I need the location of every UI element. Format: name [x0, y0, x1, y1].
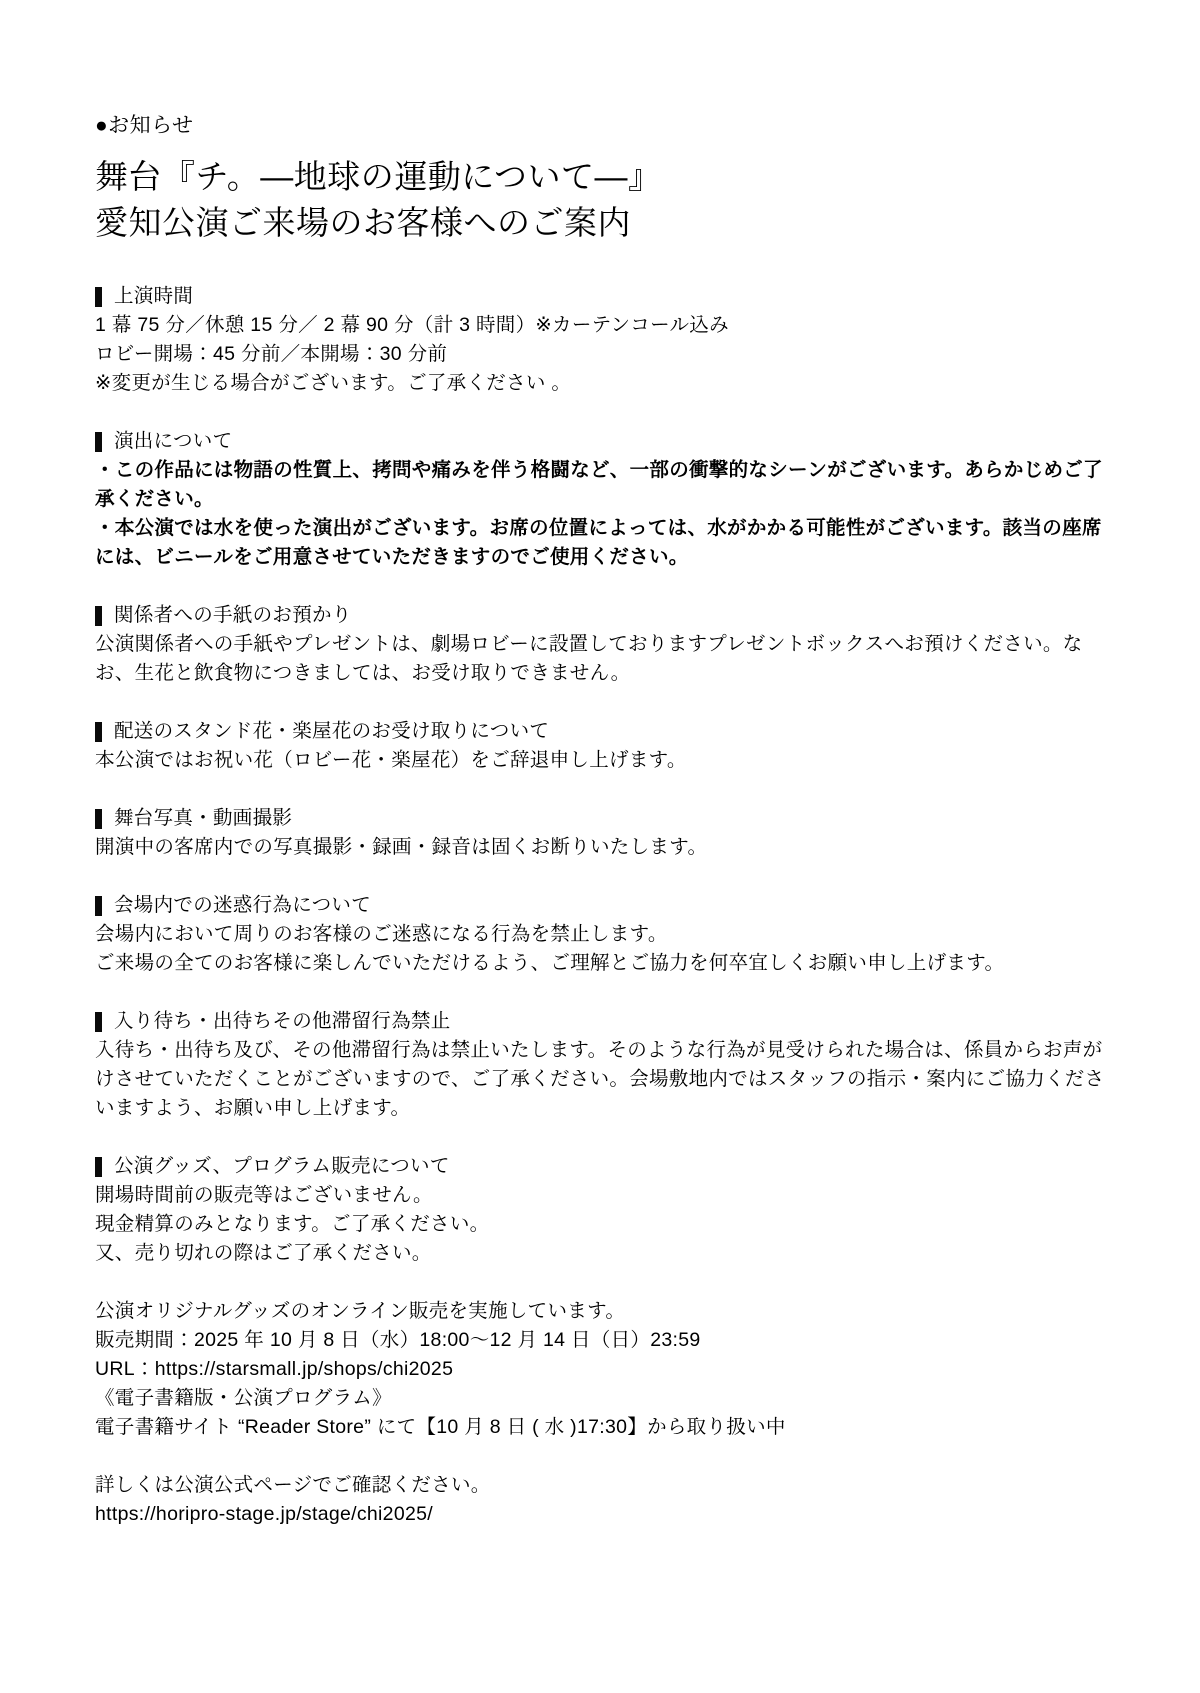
footer-official-page: 詳しくは公演公式ページでご確認ください。 https://horipro-sta…: [95, 1471, 1106, 1529]
section-header: 配送のスタンド花・楽屋花のお受け取りについて: [95, 717, 1106, 746]
page-title: 舞台『チ。―地球の運動について―』 愛知公演ご来場のお客様へのご案内: [95, 154, 1106, 246]
page-title-line-1: 舞台『チ。―地球の運動について―』: [95, 154, 1106, 200]
section-header: 入り待ち・出待ちその他滞留行為禁止: [95, 1007, 1106, 1036]
section-marker-icon: [95, 606, 102, 626]
sales-period-line: 販売期間：2025 年 10 月 8 日（水）18:00～12 月 14 日（日…: [95, 1326, 1106, 1355]
section-header: 会場内での迷惑行為について: [95, 891, 1106, 920]
section-header: 公演グッズ、プログラム販売について: [95, 1152, 1106, 1181]
section-goods-program-sales: 公演グッズ、プログラム販売について 開場時間前の販売等はございません。 現金精算…: [95, 1152, 1106, 1268]
section-letters-for-cast: 関係者への手紙のお預かり 公演関係者への手紙やプレゼントは、劇場ロビーに設置して…: [95, 601, 1106, 688]
section-staging-notes: 演出について ・この作品には物語の性質上、拷問や痛みを伴う格闘など、一部の衝撃的…: [95, 427, 1106, 572]
section-title: 舞台写真・動画撮影: [114, 804, 292, 833]
body-line: ・この作品には物語の性質上、拷問や痛みを伴う格闘など、一部の衝撃的なシーンがござ…: [95, 456, 1106, 514]
body-line: 電子書籍サイト “Reader Store” にて【10 月 8 日 ( 水 )…: [95, 1413, 1106, 1442]
body-line: ・本公演では水を使った演出がございます。お席の位置によっては、水がかかる可能性が…: [95, 514, 1106, 572]
body-line: 開演中の客席内での写真撮影・録画・録音は固くお断りいたします。: [95, 833, 1106, 862]
section-title: 入り待ち・出待ちその他滞留行為禁止: [114, 1007, 451, 1036]
body-line: 入待ち・出待ち及び、その他滞留行為は禁止いたします。そのような行為が見受けられた…: [95, 1036, 1106, 1123]
body-line: ご来場の全てのお客様に楽しんでいただけるよう、ご理解とご協力を何卒宜しくお願い申…: [95, 949, 1106, 978]
section-marker-icon: [95, 1012, 102, 1032]
section-title: 会場内での迷惑行為について: [114, 891, 371, 920]
section-flower-delivery: 配送のスタンド花・楽屋花のお受け取りについて 本公演ではお祝い花（ロビー花・楽屋…: [95, 717, 1106, 775]
body-line: 現金精算のみとなります。ご了承ください。: [95, 1210, 1106, 1239]
section-title: 演出について: [114, 427, 232, 456]
online-sales-info: 公演オリジナルグッズのオンライン販売を実施しています。 販売期間：2025 年 …: [95, 1297, 1106, 1442]
section-title: 関係者への手紙のお預かり: [114, 601, 352, 630]
body-line: 公演関係者への手紙やプレゼントは、劇場ロビーに設置しておりますプレゼントボックス…: [95, 630, 1106, 688]
section-marker-icon: [95, 896, 102, 916]
section-header: 演出について: [95, 427, 1106, 456]
official-site-url: https://horipro-stage.jp/stage/chi2025/: [95, 1500, 1106, 1529]
body-line: ※変更が生じる場合がございます。ご了承ください 。: [95, 369, 1106, 398]
section-header: 関係者への手紙のお預かり: [95, 601, 1106, 630]
section-marker-icon: [95, 287, 102, 307]
body-line: 本公演ではお祝い花（ロビー花・楽屋花）をご辞退申し上げます。: [95, 746, 1106, 775]
goods-shop-url: URL：https://starsmall.jp/shops/chi2025: [95, 1355, 1106, 1384]
body-line: 1 幕 75 分／休憩 15 分／ 2 幕 90 分（計 3 時間）※カーテンコ…: [95, 311, 1106, 340]
section-marker-icon: [95, 1157, 102, 1177]
section-title: 公演グッズ、プログラム販売について: [114, 1152, 450, 1181]
section-photo-video: 舞台写真・動画撮影 開演中の客席内での写真撮影・録画・録音は固くお断りいたします…: [95, 804, 1106, 862]
section-performance-time: 上演時間 1 幕 75 分／休憩 15 分／ 2 幕 90 分（計 3 時間）※…: [95, 282, 1106, 398]
section-waiting-prohibited: 入り待ち・出待ちその他滞留行為禁止 入待ち・出待ち及び、その他滞留行為は禁止いた…: [95, 1007, 1106, 1123]
section-marker-icon: [95, 722, 102, 742]
body-line: 又、売り切れの際はご了承ください。: [95, 1239, 1106, 1268]
body-line: 会場内において周りのお客様のご迷惑になる行為を禁止します。: [95, 920, 1106, 949]
body-line: 《電子書籍版・公演プログラム》: [95, 1384, 1106, 1413]
body-line: 詳しくは公演公式ページでご確認ください。: [95, 1471, 1106, 1500]
document-page: ●お知らせ 舞台『チ。―地球の運動について―』 愛知公演ご来場のお客様へのご案内…: [0, 0, 1200, 1693]
section-marker-icon: [95, 432, 102, 452]
section-title: 上演時間: [114, 282, 193, 311]
section-header: 舞台写真・動画撮影: [95, 804, 1106, 833]
section-header: 上演時間: [95, 282, 1106, 311]
body-line: ロビー開場：45 分前／本開場：30 分前: [95, 340, 1106, 369]
body-line: 開場時間前の販売等はございません。: [95, 1181, 1106, 1210]
page-title-line-2: 愛知公演ご来場のお客様へのご案内: [95, 200, 1106, 246]
notice-label: ●お知らせ: [95, 112, 1106, 140]
section-title: 配送のスタンド花・楽屋花のお受け取りについて: [114, 717, 549, 746]
section-marker-icon: [95, 809, 102, 829]
body-line: 公演オリジナルグッズのオンライン販売を実施しています。: [95, 1297, 1106, 1326]
section-nuisance-behavior: 会場内での迷惑行為について 会場内において周りのお客様のご迷惑になる行為を禁止し…: [95, 891, 1106, 978]
